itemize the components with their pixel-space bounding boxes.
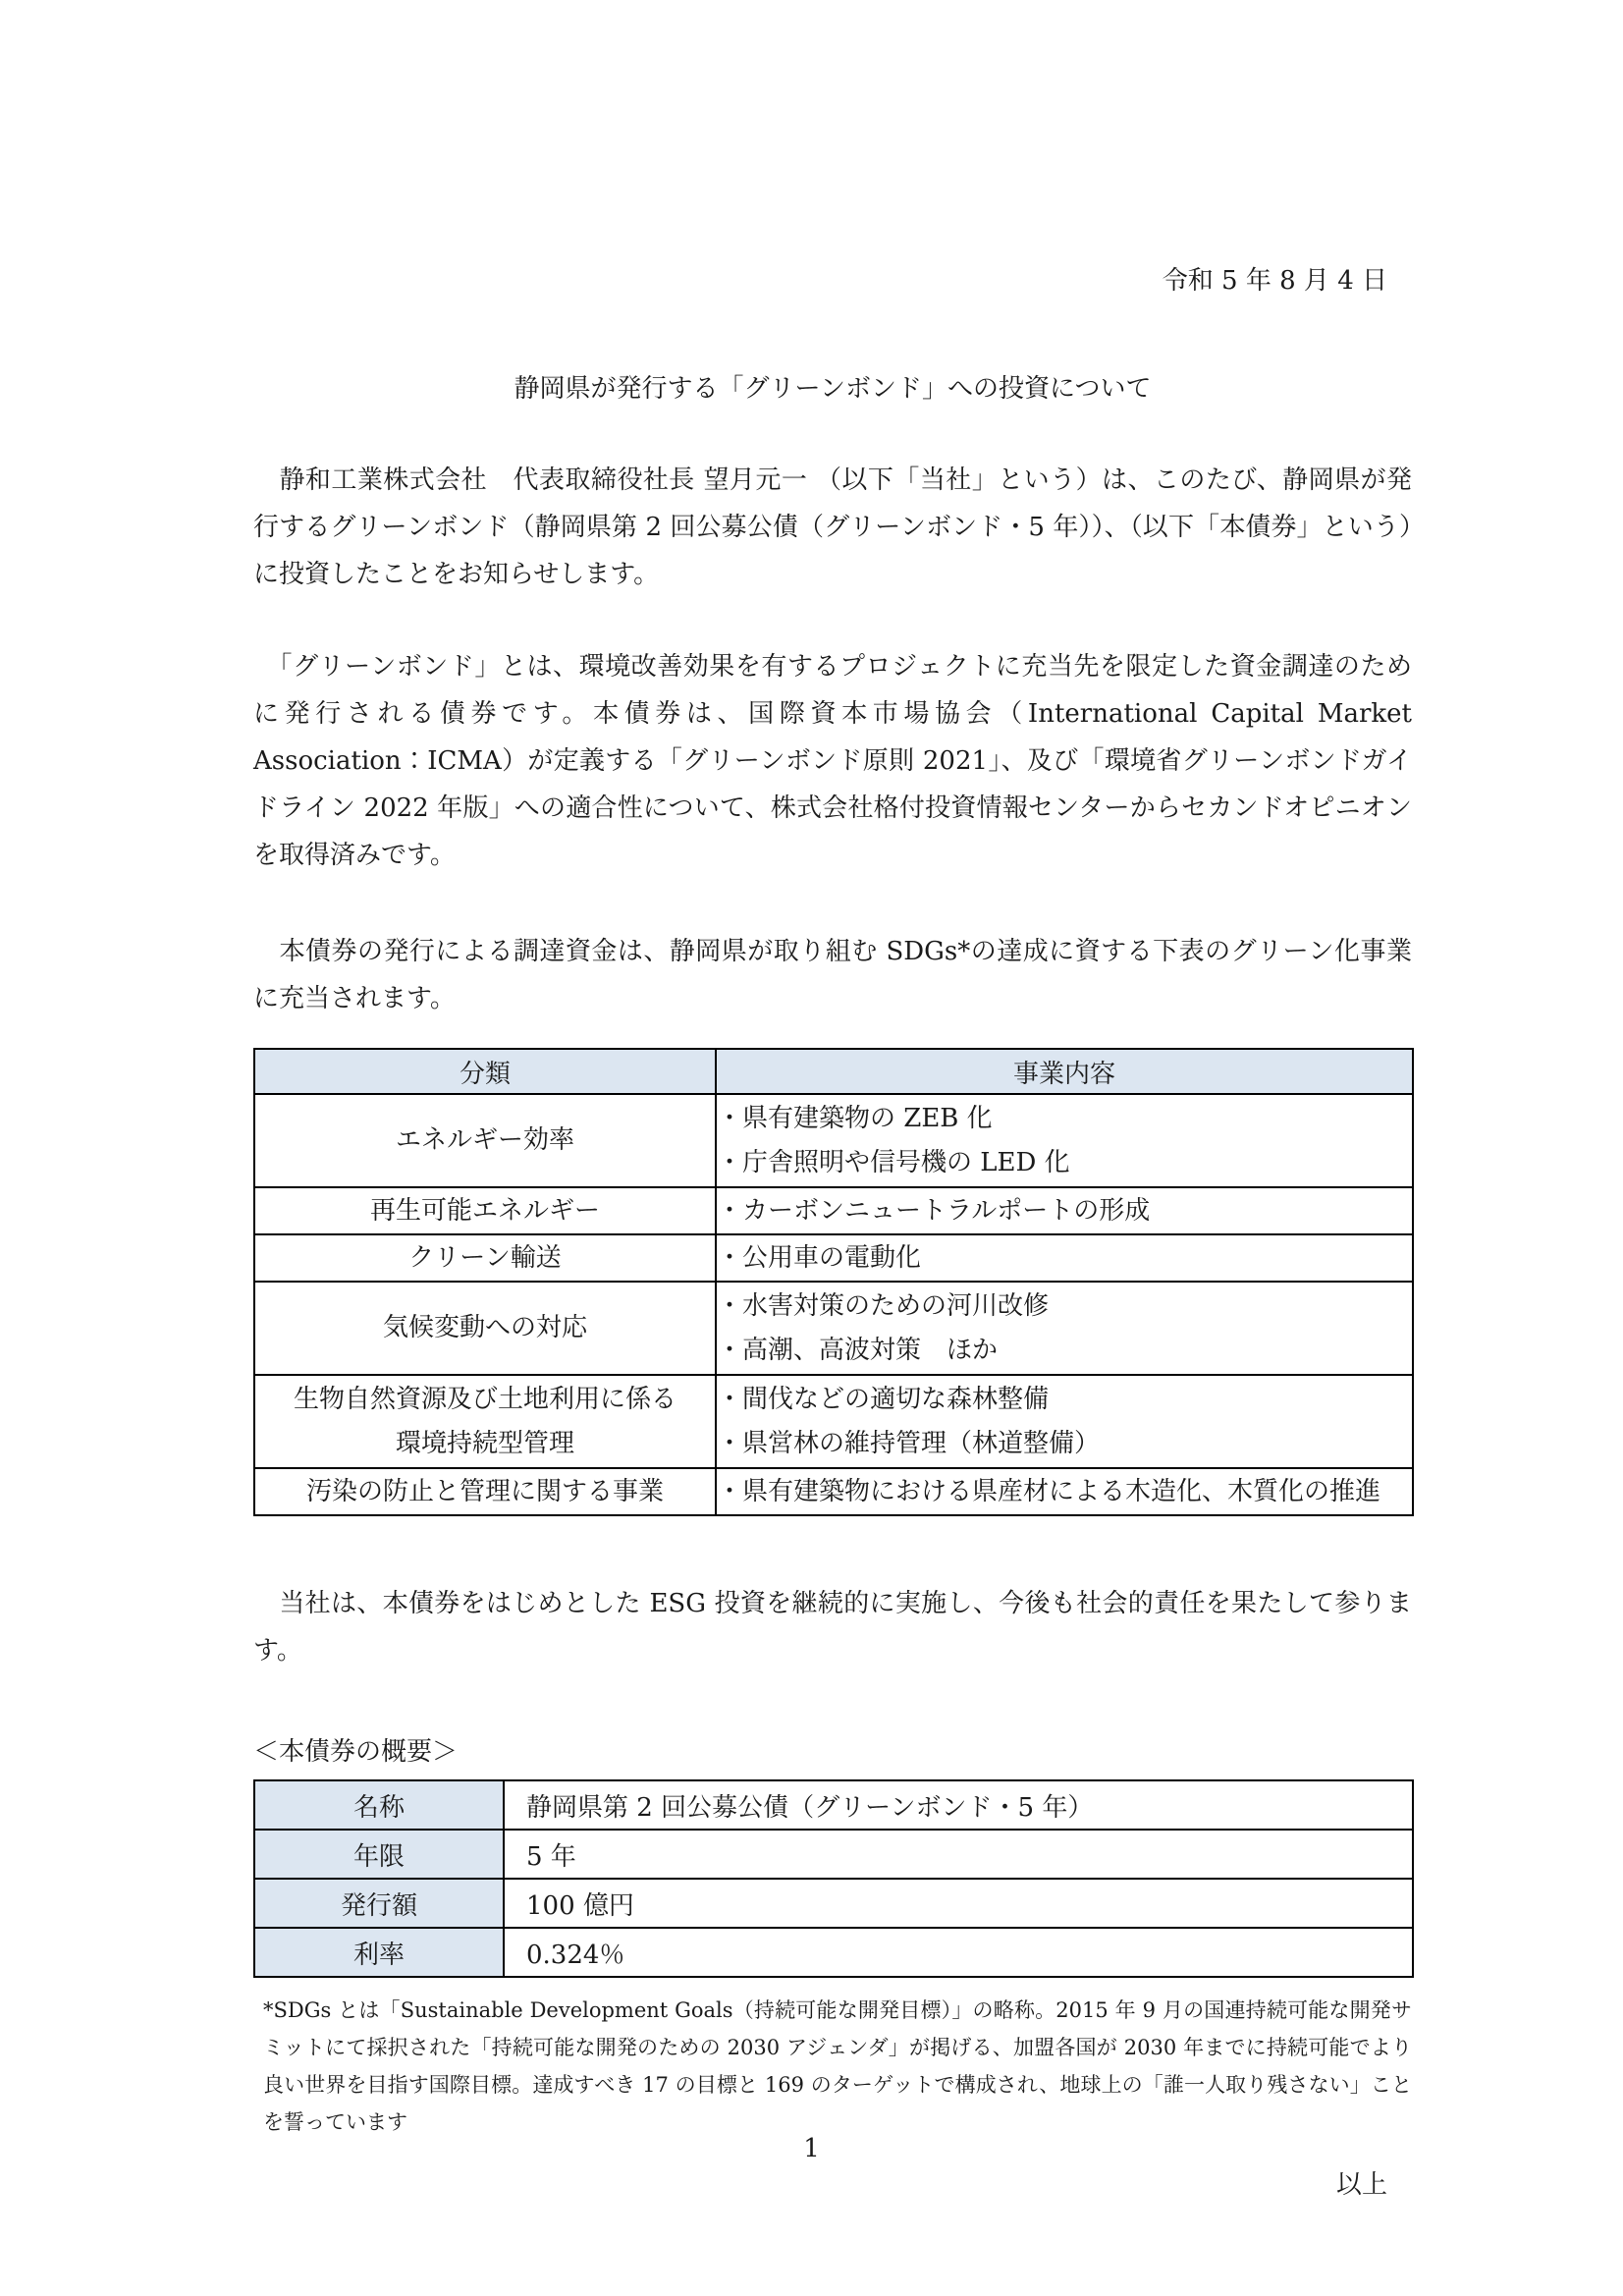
table-header-row: 分類 事業内容 [254, 1049, 1413, 1094]
document-page: 令和 5 年 8 月 4 日 静岡県が発行する「グリーンボンド」への投資について… [0, 0, 1623, 2296]
page-title: 静岡県が発行する「グリーンボンド」への投資について [253, 365, 1412, 412]
page-number: 1 [0, 2129, 1623, 2168]
column-header-category: 分類 [254, 1049, 716, 1094]
sdgs-footnote: *SDGs とは「Sustainable Development Goals（持… [253, 1992, 1412, 2141]
bond-overview-table: 名称 静岡県第 2 回公募公債（グリーンボンド・5 年） 年限 5 年 発行額 … [253, 1779, 1414, 1978]
document-content: 令和 5 年 8 月 4 日 静岡県が発行する「グリーンボンド」への投資について… [253, 0, 1412, 2209]
table-row: 発行額 100 億円 [254, 1879, 1413, 1928]
table-row: クリーン輸送 ・公用車の電動化 [254, 1234, 1413, 1282]
category-cell: エネルギー効率 [254, 1094, 716, 1187]
table-row: 生物自然資源及び土地利用に係る 環境持続型管理 ・間伐などの適切な森林整備 ・県… [254, 1375, 1413, 1468]
table-row: 名称 静岡県第 2 回公募公債（グリーンボンド・5 年） [254, 1780, 1413, 1830]
paragraph-greenbond-definition: 「グリーンボンド」とは、環境改善効果を有するプロジェクトに充当先を限定した資金調… [253, 643, 1412, 879]
paragraph-esg-commitment: 当社は、本債券をはじめとした ESG 投資を継続的に実施し、今後も社会的責任を果… [253, 1580, 1412, 1674]
category-cell: 汚染の防止と管理に関する事業 [254, 1468, 716, 1515]
table-row: 汚染の防止と管理に関する事業 ・県有建築物における県産材による木造化、木質化の推… [254, 1468, 1413, 1515]
table-row: 気候変動への対応 ・水害対策のための河川改修 ・高潮、高波対策 ほか [254, 1282, 1413, 1375]
paragraph-use-of-proceeds: 本債券の発行による調達資金は、静岡県が取り組む SDGs*の達成に資する下表のグ… [253, 928, 1412, 1022]
bond-name-value: 静岡県第 2 回公募公債（グリーンボンド・5 年） [504, 1780, 1413, 1830]
items-cell: ・公用車の電動化 [716, 1234, 1413, 1282]
items-cell: ・間伐などの適切な森林整備 ・県営林の維持管理（林道整備） [716, 1375, 1413, 1468]
table-row: 利率 0.324％ [254, 1928, 1413, 1977]
bond-term-label: 年限 [254, 1830, 504, 1879]
table-row: エネルギー効率 ・県有建築物の ZEB 化 ・庁舎照明や信号機の LED 化 [254, 1094, 1413, 1187]
category-cell: 再生可能エネルギー [254, 1187, 716, 1234]
document-date: 令和 5 年 8 月 4 日 [253, 257, 1412, 304]
bond-issue-amount-value: 100 億円 [504, 1879, 1413, 1928]
bond-issue-amount-label: 発行額 [254, 1879, 504, 1928]
items-cell: ・水害対策のための河川改修 ・高潮、高波対策 ほか [716, 1282, 1413, 1375]
closing-ijou: 以上 [253, 2161, 1412, 2209]
paragraph-investment-announcement: 静和工業株式会社 代表取締役社長 望月元一 （以下「当社」という）は、このたび、… [253, 457, 1412, 598]
column-header-project-details: 事業内容 [716, 1049, 1413, 1094]
items-cell: ・カーボンニュートラルポートの形成 [716, 1187, 1413, 1234]
bond-overview-heading: ＜本債券の概要＞ [253, 1728, 1412, 1776]
items-cell: ・県有建築物における県産材による木造化、木質化の推進 [716, 1468, 1413, 1515]
items-cell: ・県有建築物の ZEB 化 ・庁舎照明や信号機の LED 化 [716, 1094, 1413, 1187]
table-row: 再生可能エネルギー ・カーボンニュートラルポートの形成 [254, 1187, 1413, 1234]
bond-interest-rate-label: 利率 [254, 1928, 504, 1977]
category-cell: 生物自然資源及び土地利用に係る 環境持続型管理 [254, 1375, 716, 1468]
category-cell: 気候変動への対応 [254, 1282, 716, 1375]
bond-term-value: 5 年 [504, 1830, 1413, 1879]
category-cell: クリーン輸送 [254, 1234, 716, 1282]
bond-name-label: 名称 [254, 1780, 504, 1830]
green-projects-table: 分類 事業内容 エネルギー効率 ・県有建築物の ZEB 化 ・庁舎照明や信号機の… [253, 1048, 1414, 1516]
table-row: 年限 5 年 [254, 1830, 1413, 1879]
bond-interest-rate-value: 0.324％ [504, 1928, 1413, 1977]
